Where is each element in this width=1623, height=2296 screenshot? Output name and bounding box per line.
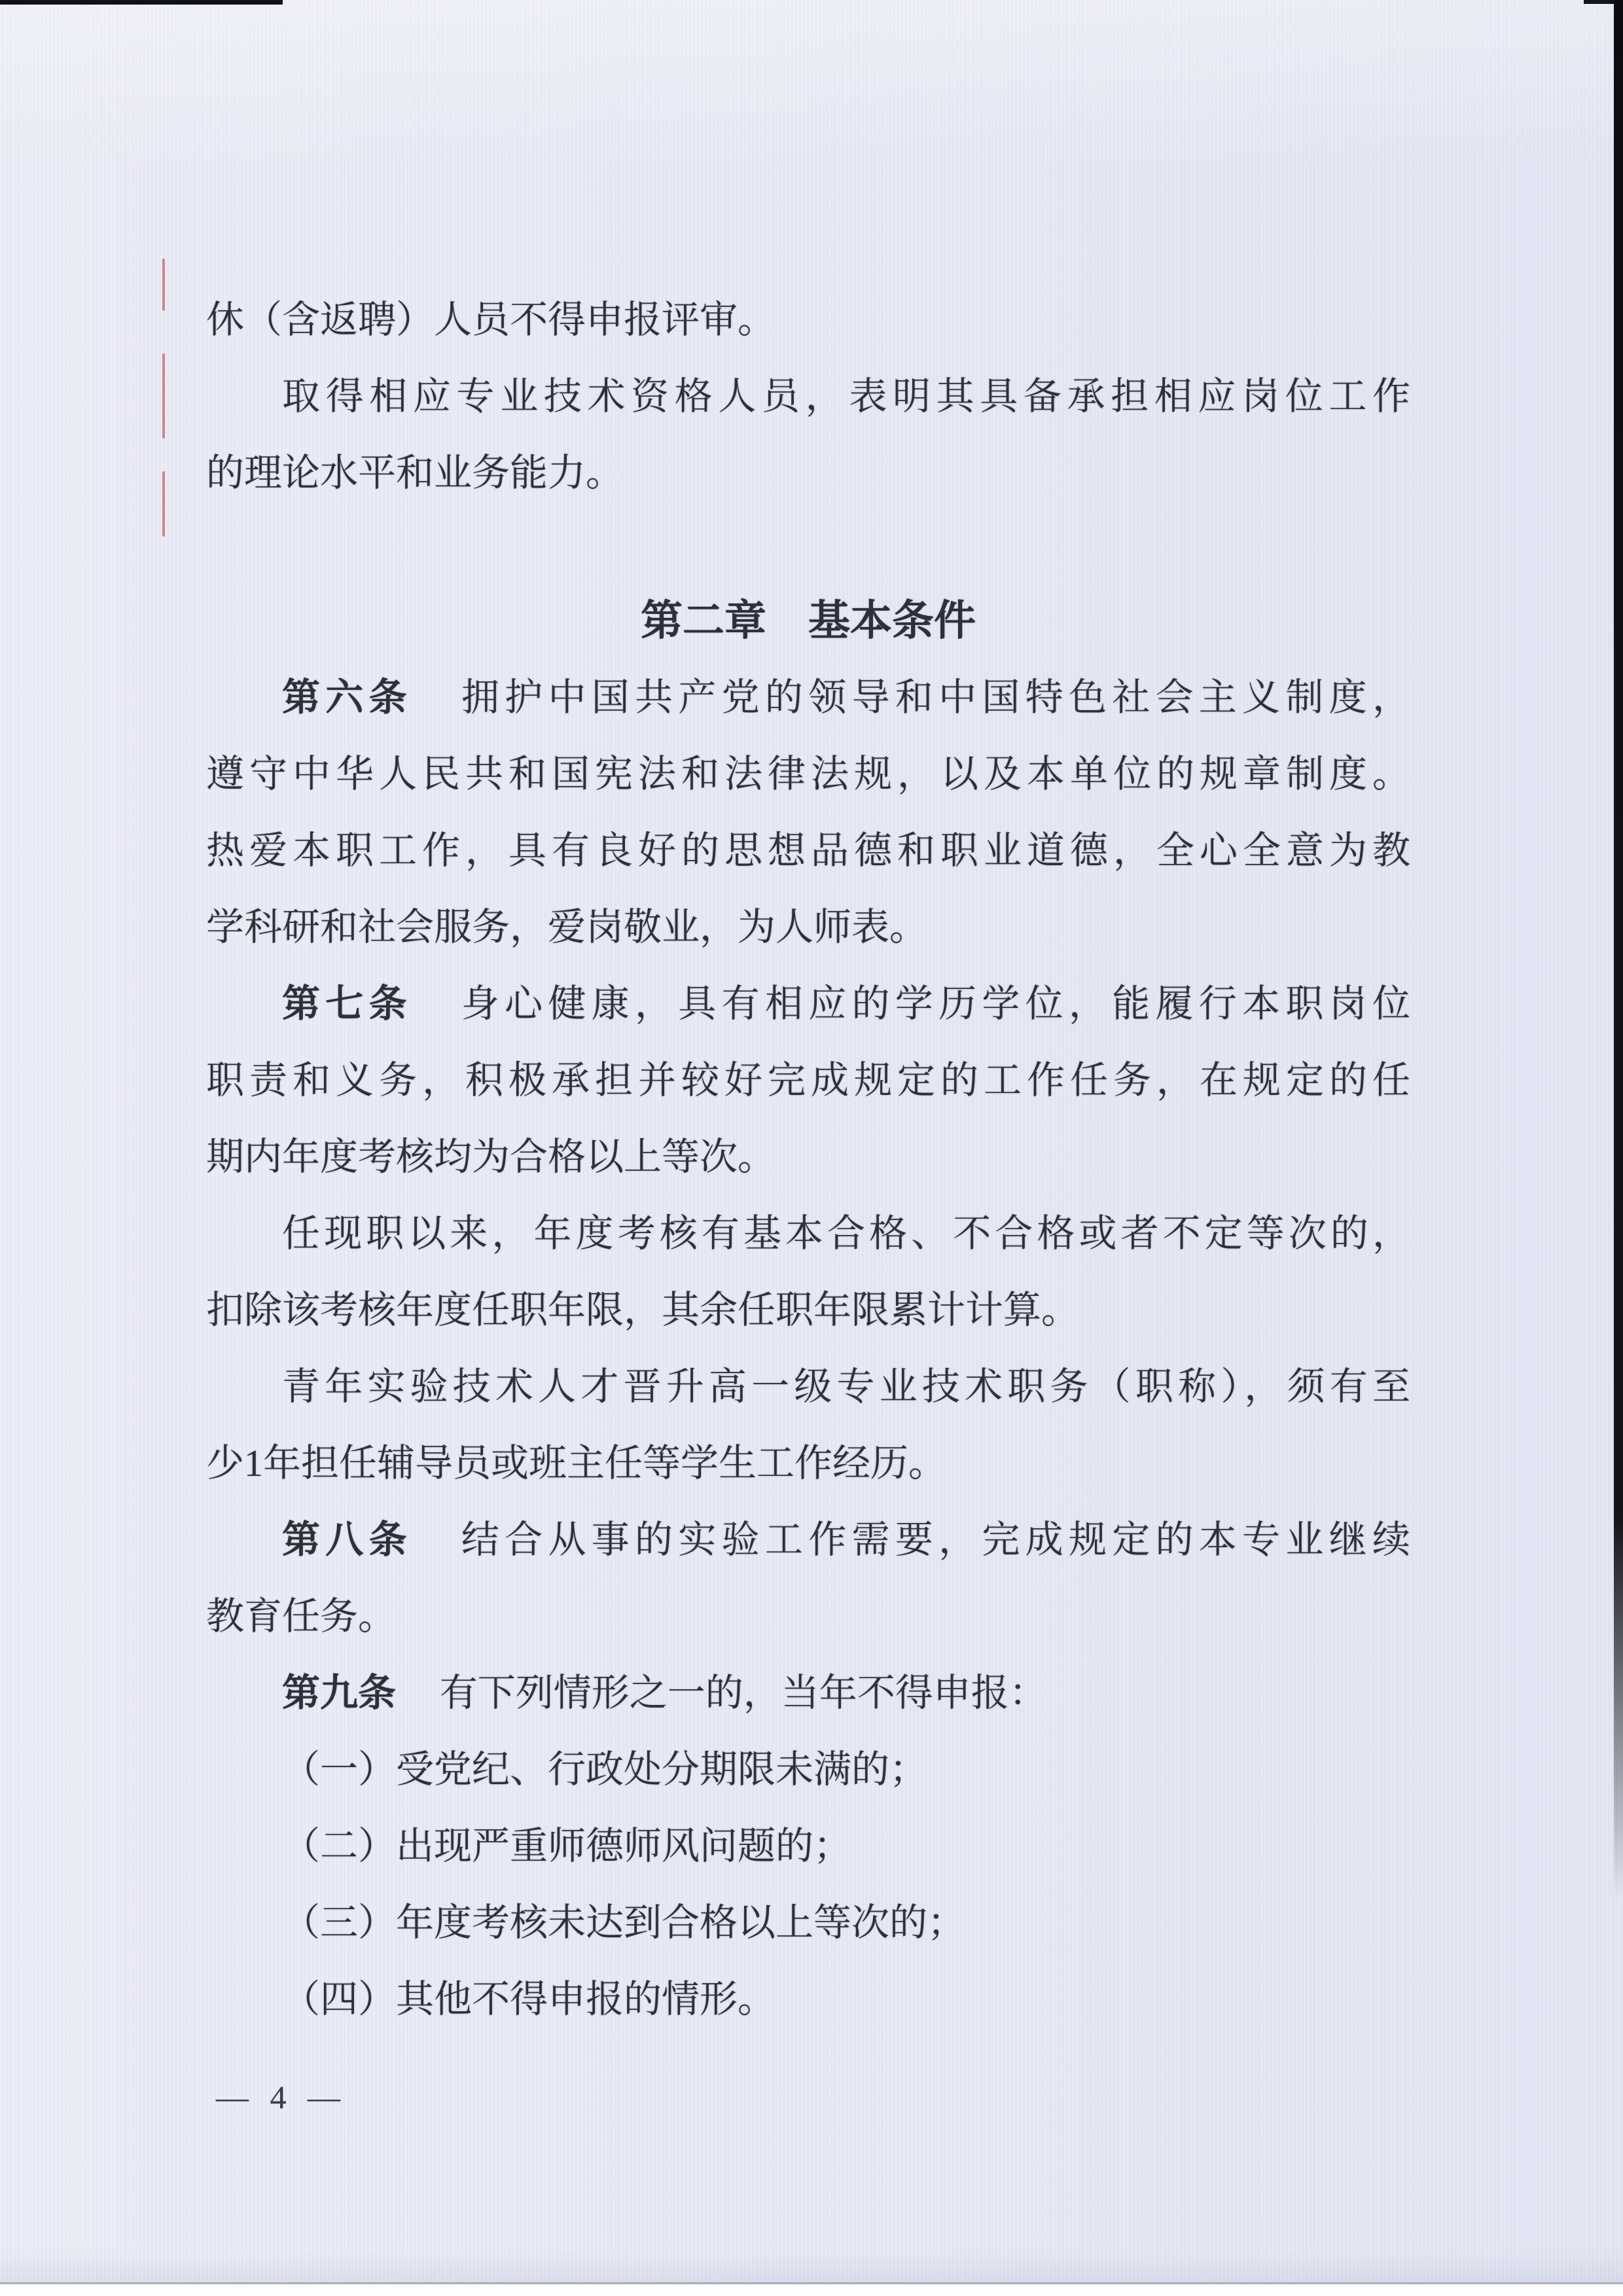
text-line: 青年实验技术人才晋升高一级专业技术职务（职称），须有至	[206, 1348, 1410, 1425]
line-text: 结合从事的实验工作需要，完成规定的本专业继续	[461, 1518, 1410, 1561]
line-text: 扣除该考核年度任职年限，其余任职年限累计计算。	[206, 1289, 1079, 1331]
line-text: 遵守中华人民共和国宪法和法律法规，以及本单位的规章制度。	[206, 753, 1410, 795]
text-line: 职责和义务，积极承担并较好完成规定的工作任务，在规定的任	[206, 1042, 1410, 1119]
text-line: 第六条 拥护中国共产党的领导和中国特色社会主义制度，	[206, 659, 1410, 736]
chapter-heading: 第二章 基本条件	[206, 583, 1410, 659]
scan-edge-top	[0, 0, 283, 5]
line-text: （二）出现严重师德师风问题的；	[282, 1825, 851, 1867]
text-line: 取得相应专业技术资格人员，表明其具备承担相应岗位工作	[206, 358, 1410, 435]
text-line: （三）年度考核未达到合格以上等次的；	[206, 1884, 1410, 1961]
text-line: （四）其他不得申报的情形。	[206, 1961, 1410, 2037]
line-text: 热爱本职工作，具有良好的思想品德和职业道德，全心全意为教	[206, 829, 1410, 872]
line-text: 任现职以来，年度考核有基本合格、不合格或者不定等次的，	[282, 1212, 1410, 1255]
text-line: 期内年度考核均为合格以上等次。	[206, 1119, 1410, 1195]
line-text: 职责和义务，积极承担并较好完成规定的工作任务，在规定的任	[206, 1059, 1410, 1102]
text-line: 热爱本职工作，具有良好的思想品德和职业道德，全心全意为教	[206, 812, 1410, 889]
text-line: （一）受党纪、行政处分期限未满的；	[206, 1731, 1410, 1808]
scan-edge-bottom	[0, 2282, 1623, 2296]
line-text: 第二章 基本条件	[641, 598, 976, 644]
line-text: 学科研和社会服务，爱岗敬业，为人师表。	[206, 906, 927, 948]
scan-red-streak	[162, 471, 165, 537]
line-text: （四）其他不得申报的情形。	[282, 1978, 776, 2020]
scan-bottom-shadow	[0, 2251, 1623, 2284]
line-text: 身心健康，具有相应的学历学位，能履行本职岗位	[461, 982, 1410, 1025]
line-text: 教育任务。	[206, 1595, 396, 1638]
article-number: 第六条	[282, 676, 412, 719]
page-number: — 4 —	[216, 2078, 347, 2116]
scan-red-streak	[162, 259, 165, 311]
line-text: 少1年担任辅导员或班主任等学生工作经历。	[206, 1442, 946, 1484]
line-text: （三）年度考核未达到合格以上等次的；	[282, 1901, 965, 1944]
text-line: 任现职以来，年度考核有基本合格、不合格或者不定等次的，	[206, 1195, 1410, 1272]
line-text: 的理论水平和业务能力。	[206, 452, 624, 494]
text-line: 第八条 结合从事的实验工作需要，完成规定的本专业继续	[206, 1501, 1410, 1578]
text-line: 扣除该考核年度任职年限，其余任职年限累计计算。	[206, 1272, 1410, 1348]
line-text: 有下列情形之一的，当年不得申报：	[440, 1672, 1047, 1714]
line-text: 休（含返聘）人员不得申报评审。	[206, 298, 776, 341]
scan-red-streak	[162, 353, 165, 439]
text-line: （二）出现严重师德师风问题的；	[206, 1808, 1410, 1884]
line-text: 青年实验技术人才晋升高一级专业技术职务（职称），须有至	[282, 1365, 1410, 1408]
text-line: 的理论水平和业务能力。	[206, 435, 1410, 511]
article-number: 第九条	[282, 1672, 396, 1714]
text-line: 休（含返聘）人员不得申报评审。	[206, 281, 1410, 358]
text-line: 第九条 有下列情形之一的，当年不得申报：	[206, 1655, 1410, 1731]
article-number: 第八条	[282, 1518, 412, 1561]
text-line: 学科研和社会服务，爱岗敬业，为人师表。	[206, 889, 1410, 965]
line-text: 取得相应专业技术资格人员，表明其具备承担相应岗位工作	[282, 375, 1410, 418]
line-text: 期内年度考核均为合格以上等次。	[206, 1136, 776, 1178]
scan-edge-right	[1614, 0, 1623, 1898]
document-body: 休（含返聘）人员不得申报评审。 取得相应专业技术资格人员，表明其具备承担相应岗位…	[206, 281, 1410, 2037]
line-text: 拥护中国共产党的领导和中国特色社会主义制度，	[461, 676, 1410, 719]
article-number: 第七条	[282, 982, 412, 1025]
text-line: 遵守中华人民共和国宪法和法律法规，以及本单位的规章制度。	[206, 736, 1410, 812]
text-line: 第七条 身心健康，具有相应的学历学位，能履行本职岗位	[206, 965, 1410, 1042]
text-line: 教育任务。	[206, 1578, 1410, 1655]
line-text: （一）受党纪、行政处分期限未满的；	[282, 1748, 927, 1791]
scanned-document-page: 休（含返聘）人员不得申报评审。 取得相应专业技术资格人员，表明其具备承担相应岗位…	[0, 0, 1623, 2296]
text-line: 少1年担任辅导员或班主任等学生工作经历。	[206, 1425, 1410, 1501]
